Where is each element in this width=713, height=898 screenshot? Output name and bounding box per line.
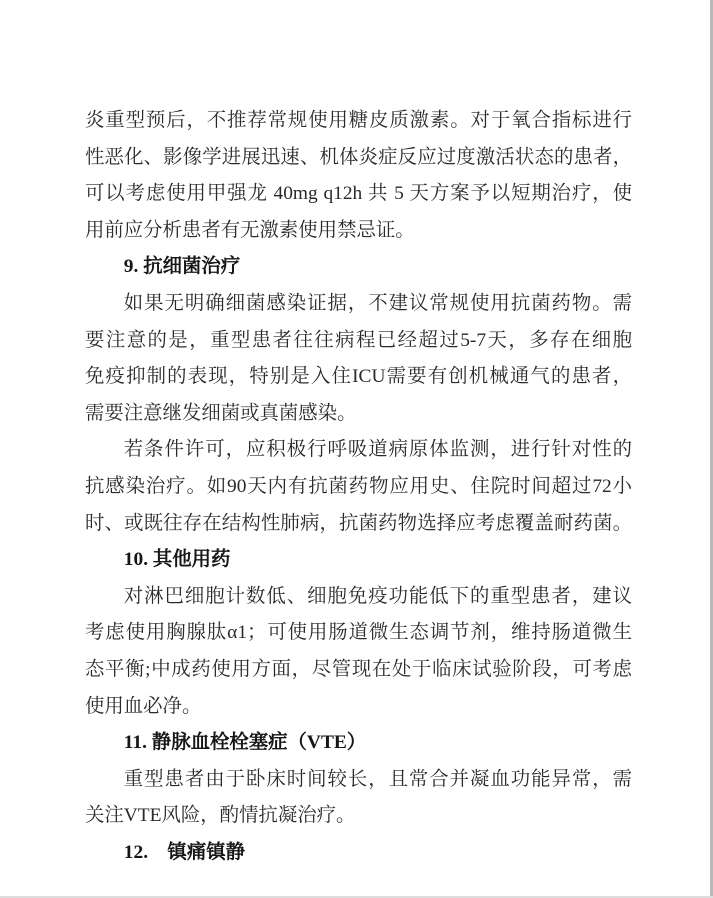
section-heading: 12. 镇痛镇静 xyxy=(85,835,632,872)
body-line: 考虑使用胸腺肽α1；可使用肠道微生态调节剂，维持肠道微生 xyxy=(85,615,632,652)
body-line: 态平衡;中成药使用方面，尽管现在处于临床试验阶段，可考虑 xyxy=(85,652,632,689)
section-heading: 11. 静脉血栓栓塞症（VTE） xyxy=(85,725,632,762)
body-line: 炎重型预后，不推荐常规使用糖皮质激素。对于氧合指标进行 xyxy=(85,103,632,140)
body-line: 若条件许可，应积极行呼吸道病原体监测，进行针对性的 xyxy=(85,432,632,469)
body-line: 需要注意继发细菌或真菌感染。 xyxy=(85,396,632,433)
body-line: 如果无明确细菌感染证据，不建议常规使用抗菌药物。需 xyxy=(85,286,632,323)
body-line: 用前应分析患者有无激素使用禁忌证。 xyxy=(85,213,632,250)
section-heading: 10. 其他用药 xyxy=(85,542,632,579)
body-line: 重型患者由于卧床时间较长，且常合并凝血功能异常，需 xyxy=(85,762,632,799)
body-line: 使用血必净。 xyxy=(85,689,632,726)
body-line: 可以考虑使用甲强龙 40mg q12h 共 5 天方案予以短期治疗，使 xyxy=(85,176,632,213)
body-line: 抗感染治疗。如90天内有抗菌药物应用史、住院时间超过72小 xyxy=(85,469,632,506)
body-line: 免疫抑制的表现，特别是入住ICU需要有创机械通气的患者， xyxy=(85,359,632,396)
body-line: 性恶化、影像学进展迅速、机体炎症反应过度激活状态的患者， xyxy=(85,140,632,177)
document-text: 炎重型预后，不推荐常规使用糖皮质激素。对于氧合指标进行 性恶化、影像学进展迅速、… xyxy=(85,103,632,871)
body-line: 时、或既往存在结构性肺病，抗菌药物选择应考虑覆盖耐药菌。 xyxy=(85,506,632,543)
section-heading: 9. 抗细菌治疗 xyxy=(85,249,632,286)
body-line: 关注VTE风险，酌情抗凝治疗。 xyxy=(85,798,632,835)
body-line: 要注意的是，重型患者往往病程已经超过5-7天，多存在细胞 xyxy=(85,323,632,360)
body-line: 对淋巴细胞计数低、细胞免疫功能低下的重型患者，建议 xyxy=(85,579,632,616)
document-page: 炎重型预后，不推荐常规使用糖皮质激素。对于氧合指标进行 性恶化、影像学进展迅速、… xyxy=(0,0,713,898)
